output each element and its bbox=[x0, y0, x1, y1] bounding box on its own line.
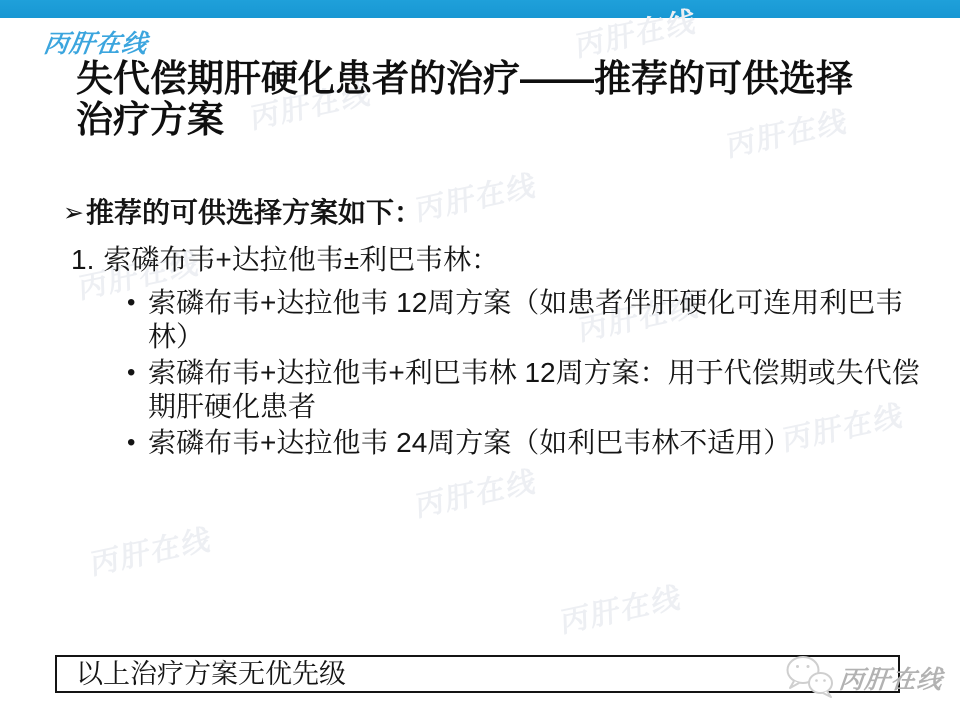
lead-line: ➢推荐的可供选择方案如下： bbox=[0, 196, 960, 230]
item-text: 索磷布韦+达拉他韦±利巴韦林： bbox=[103, 244, 499, 275]
bullet-dot-icon: • bbox=[127, 286, 135, 320]
bullet-text-line: 索磷布韦+达拉他韦 12周方案（如患者伴肝硬化可连用利巴韦 bbox=[148, 286, 960, 320]
list-item: • 索磷布韦+达拉他韦 24周方案（如利巴韦林不适用） bbox=[0, 426, 960, 460]
page-title: 失代偿期肝硬化患者的治疗——推荐的可供选择 治疗方案 bbox=[76, 58, 906, 140]
item-number: 1. bbox=[71, 244, 94, 275]
watermark: 丙肝在线 bbox=[575, 0, 698, 66]
list-item: • 索磷布韦+达拉他韦 12周方案（如患者伴肝硬化可连用利巴韦 林） bbox=[0, 286, 960, 353]
bullet-dot-icon: • bbox=[127, 426, 135, 460]
list-item: • 索磷布韦+达拉他韦+利巴韦林 12周方案：用于代偿期或失代偿 期肝硬化患者 bbox=[0, 356, 960, 423]
footer-logo-text: 丙肝在线 bbox=[837, 660, 945, 696]
brand-logo: 丙肝在线 bbox=[41, 24, 150, 60]
slide-body: ➢推荐的可供选择方案如下： 1.索磷布韦+达拉他韦±利巴韦林： • 索磷布韦+达… bbox=[0, 196, 960, 463]
watermark: 丙肝在线 bbox=[560, 574, 683, 641]
watermark: 丙肝在线 bbox=[415, 458, 538, 525]
note-box: 以上治疗方案无优先级 bbox=[55, 655, 900, 693]
bullet-list: • 索磷布韦+达拉他韦 12周方案（如患者伴肝硬化可连用利巴韦 林） • 索磷布… bbox=[0, 286, 960, 460]
bullet-dot-icon: • bbox=[127, 356, 135, 390]
watermark: 丙肝在线 bbox=[90, 516, 213, 583]
note-text: 以上治疗方案无优先级 bbox=[76, 659, 346, 689]
bullet-text-line: 林） bbox=[148, 320, 960, 354]
numbered-item: 1.索磷布韦+达拉他韦±利巴韦林： bbox=[71, 243, 960, 277]
lead-text: 推荐的可供选择方案如下： bbox=[86, 197, 422, 228]
wechat-icon bbox=[783, 652, 837, 704]
title-line-1: 失代偿期肝硬化患者的治疗——推荐的可供选择 bbox=[76, 58, 906, 99]
bullet-text-line: 索磷布韦+达拉他韦 24周方案（如利巴韦林不适用） bbox=[148, 426, 960, 460]
title-line-2: 治疗方案 bbox=[76, 99, 906, 140]
bullet-text-line: 索磷布韦+达拉他韦+利巴韦林 12周方案：用于代偿期或失代偿 bbox=[148, 356, 960, 390]
slide: 丙肝在线 丙肝在线 丙肝在线 丙肝在线 丙肝在线 丙肝在线 丙肝在线 丙肝在线 … bbox=[0, 0, 960, 720]
bullet-text-line: 期肝硬化患者 bbox=[148, 390, 960, 424]
arrow-bullet-icon: ➢ bbox=[63, 199, 84, 227]
footer-logo: 丙肝在线 bbox=[783, 652, 943, 704]
